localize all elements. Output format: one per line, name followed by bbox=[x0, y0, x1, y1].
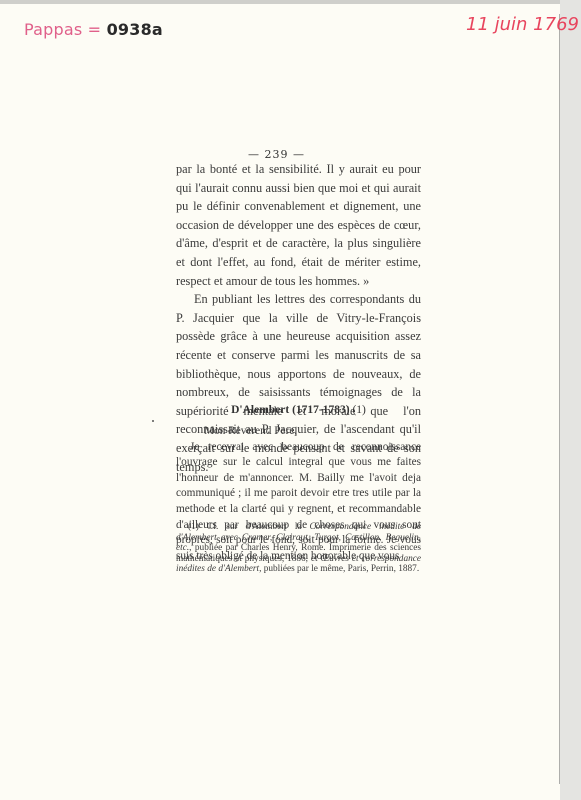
date-annotation: 11 juin 1769 bbox=[466, 14, 579, 35]
letter-salutation: Mon Reverend Pere, bbox=[176, 424, 421, 440]
scan-speck bbox=[152, 420, 154, 422]
page-edge-shadow bbox=[559, 14, 560, 784]
catalog-prefix: Pappas = bbox=[24, 20, 107, 39]
footnote-reference: (1) bbox=[352, 404, 365, 416]
footnote-text: , publiées par le même, Paris, Perrin, 1… bbox=[259, 564, 419, 574]
catalog-number: 0938a bbox=[107, 20, 163, 39]
letter-author: D'Alembert (1717-1783) bbox=[231, 404, 349, 416]
footnote-marker: (1) bbox=[188, 522, 199, 532]
body-paragraph: par la bonté et la sensibilité. Il y aur… bbox=[176, 160, 421, 290]
scan-right-border bbox=[560, 0, 581, 800]
catalog-annotation: Pappas = 0938a bbox=[24, 20, 163, 39]
footnote: (1) Cf. sur d'Alembert la Correspondance… bbox=[176, 522, 421, 575]
footnote-text: Cf. sur d'Alembert la bbox=[207, 522, 310, 532]
letter-heading: D'Alembert (1717-1783) (1) bbox=[176, 404, 421, 416]
